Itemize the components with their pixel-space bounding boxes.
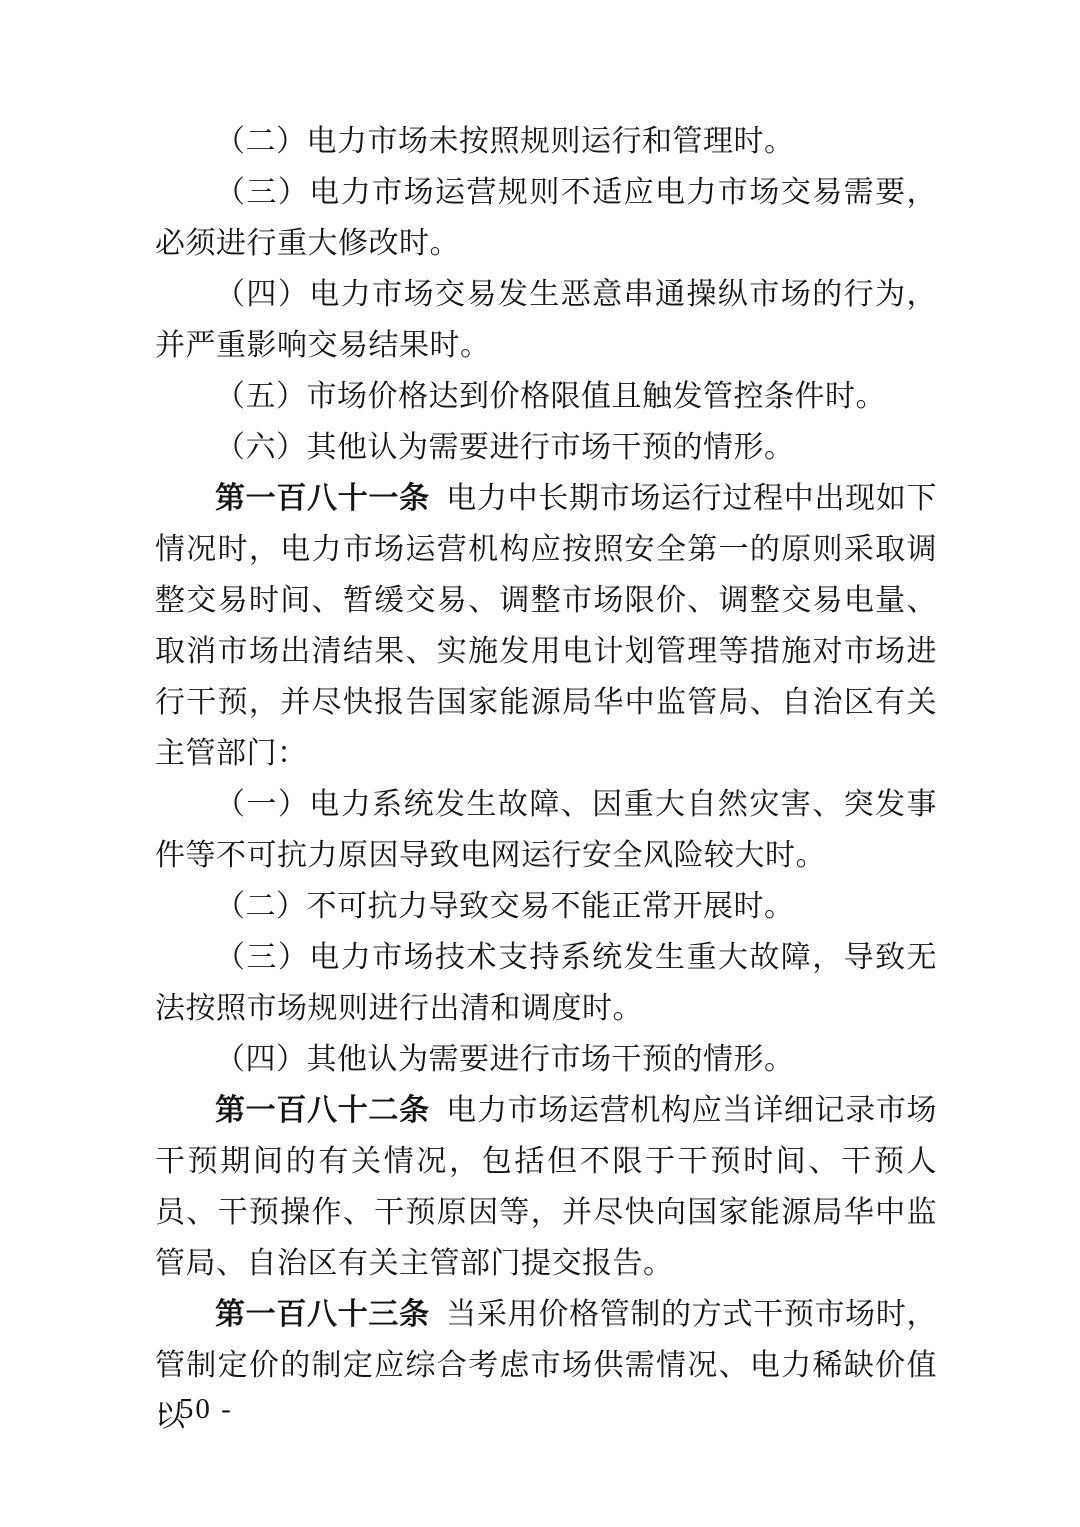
clause-paragraph: （一）电力系统发生故障、因重大自然灾害、突发事件等不可抗力原因导致电网运行安全风… bbox=[155, 779, 937, 881]
article-number: 第一百八十一条 bbox=[215, 482, 430, 515]
clause-paragraph: （三）电力市场技术支持系统发生重大故障，导致无法按照市场规则进行出清和调度时。 bbox=[155, 932, 937, 1034]
article-paragraph: 第一百八十三条当采用价格管制的方式干预市场时，管制定价的制定应综合考虑市场供需情… bbox=[155, 1289, 937, 1442]
page-number: - 50 - bbox=[158, 1391, 233, 1427]
clause-paragraph: （二）电力市场未按照规则运行和管理时。 bbox=[155, 116, 937, 167]
article-paragraph: 第一百八十一条电力中长期市场运行过程中出现如下情况时，电力市场运营机构应按照安全… bbox=[155, 473, 937, 779]
document-body: （二）电力市场未按照规则运行和管理时。（三）电力市场运营规则不适应电力市场交易需… bbox=[155, 116, 937, 1442]
clause-paragraph: （二）不可抗力导致交易不能正常开展时。 bbox=[155, 881, 937, 932]
clause-paragraph: （六）其他认为需要进行市场干预的情形。 bbox=[155, 422, 937, 473]
clause-paragraph: （四）电力市场交易发生恶意串通操纵市场的行为，并严重影响交易结果时。 bbox=[155, 269, 937, 371]
clause-paragraph: （五）市场价格达到价格限值且触发管控条件时。 bbox=[155, 371, 937, 422]
article-paragraph: 第一百八十二条电力市场运营机构应当详细记录市场干预期间的有关情况，包括但不限于干… bbox=[155, 1085, 937, 1289]
document-page: （二）电力市场未按照规则运行和管理时。（三）电力市场运营规则不适应电力市场交易需… bbox=[0, 0, 1080, 1527]
clause-paragraph: （三）电力市场运营规则不适应电力市场交易需要，必须进行重大修改时。 bbox=[155, 167, 937, 269]
article-number: 第一百八十二条 bbox=[215, 1094, 430, 1127]
article-number: 第一百八十三条 bbox=[215, 1298, 430, 1331]
clause-paragraph: （四）其他认为需要进行市场干预的情形。 bbox=[155, 1034, 937, 1085]
